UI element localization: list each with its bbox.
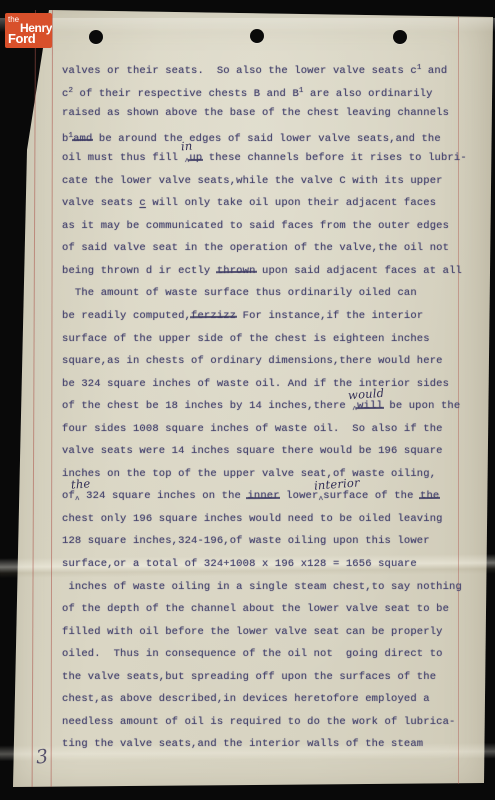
typed-text: four sides 1008 square inches of waste o… bbox=[62, 423, 443, 435]
typed-line: c2 of their respective chests B and B1 a… bbox=[62, 80, 472, 103]
typed-text: of said valve seat in the operation of t… bbox=[62, 242, 449, 254]
typed-line: four sides 1008 square inches of waste o… bbox=[62, 418, 472, 441]
typed-line: valve seats c will only take oil upon th… bbox=[62, 192, 472, 215]
typed-line: surface of the upper side of the chest i… bbox=[62, 328, 472, 351]
typed-line: be 324 square inches of waste oil. And i… bbox=[62, 373, 472, 396]
typed-text: ting the valve seats,and the interior wa… bbox=[62, 738, 423, 750]
typed-text: the valve seats,but spreading off upon t… bbox=[62, 671, 436, 683]
typed-line: The amount of waste surface thus ordinar… bbox=[62, 282, 472, 305]
struck-out-text: inner bbox=[247, 490, 279, 502]
handwritten-insertion: ^interior bbox=[318, 485, 323, 513]
typed-line: 128 square inches,324-196,of waste oilin… bbox=[62, 530, 472, 553]
typed-text: of the chest be 18 inches by 14 inches,t… bbox=[62, 400, 352, 412]
typed-text: being thrown d ir ectly bbox=[62, 265, 217, 277]
typed-line: cate the lower valve seats,while the val… bbox=[62, 170, 472, 193]
handwritten-insertion: ^the bbox=[75, 485, 80, 513]
typed-text: be around the edges of said lower valve … bbox=[92, 133, 440, 145]
typed-text: surface,or a total of 324+1008 x 196 x12… bbox=[62, 558, 417, 570]
typed-text: inches on the top of the upper valve sea… bbox=[62, 468, 436, 480]
typed-line: inches on the top of the upper valve sea… bbox=[62, 463, 472, 486]
typed-text: cate the lower valve seats,while the val… bbox=[62, 175, 443, 187]
typed-line: as it may be communicated to said faces … bbox=[62, 215, 472, 238]
typed-line: oiled. Thus in consequence of the oil no… bbox=[62, 643, 472, 666]
insertion-caret-mark: ^ bbox=[75, 496, 80, 505]
typed-text: be upon the bbox=[383, 400, 460, 412]
typed-line: the valve seats,but spreading off upon t… bbox=[62, 666, 472, 689]
struck-out-text: amd bbox=[73, 133, 92, 145]
typed-line: of said valve seat in the operation of t… bbox=[62, 237, 472, 260]
typed-text: For instance,if the interior bbox=[236, 310, 423, 322]
punch-hole bbox=[250, 29, 264, 43]
typed-line: chest,as above described,in devices here… bbox=[62, 688, 472, 711]
struck-out-text: ferzizz bbox=[191, 310, 236, 322]
page-number-handwritten: 3 bbox=[35, 745, 49, 768]
typed-line: of^the 324 square inches on the inner lo… bbox=[62, 485, 472, 508]
typed-line: square,as in chests of ordinary dimensio… bbox=[62, 350, 472, 373]
struck-out-text: thrown bbox=[217, 265, 256, 277]
typed-text: be 324 square inches of waste oil. And i… bbox=[62, 378, 449, 390]
handwritten-word: would bbox=[348, 382, 386, 407]
typed-text: filled with oil before the lower valve s… bbox=[62, 626, 443, 638]
typed-text: 128 square inches,324-196,of waste oilin… bbox=[62, 535, 430, 547]
punch-hole bbox=[393, 30, 407, 44]
scan-background: valves or their seats. So also the lower… bbox=[0, 0, 495, 800]
typed-text: oil must thus fill bbox=[62, 152, 185, 164]
typed-text: are also ordinarily bbox=[304, 88, 433, 100]
typed-text: upon said adjacent faces at all bbox=[256, 265, 462, 277]
typed-text: lower bbox=[280, 490, 319, 502]
typed-text: 324 square inches on the bbox=[80, 490, 248, 502]
handwritten-word: the bbox=[70, 473, 91, 497]
typed-text: valve seats were 14 inches square there … bbox=[62, 445, 443, 457]
typed-line: oil must thus fill ^upin these channels … bbox=[62, 147, 472, 170]
typed-text: these channels before it rises to lubri- bbox=[202, 152, 467, 164]
typed-line: inches of waste oiling in a single steam… bbox=[62, 576, 472, 599]
punch-hole bbox=[89, 30, 103, 44]
typed-line: filled with oil before the lower valve s… bbox=[62, 621, 472, 644]
typed-line: valves or their seats. So also the lower… bbox=[62, 57, 472, 80]
typed-text: inches of waste oiling in a single steam… bbox=[62, 581, 462, 593]
typed-line: valve seats were 14 inches square there … bbox=[62, 440, 472, 463]
typed-text: be readily computed, bbox=[62, 310, 191, 322]
typed-line: be readily computed,ferzizz For instance… bbox=[62, 305, 472, 328]
typed-text: needless amount of oil is required to do… bbox=[62, 716, 456, 728]
typed-line: raised as shown above the base of the ch… bbox=[62, 102, 472, 125]
handwritten-word: in bbox=[180, 135, 193, 158]
typed-line: b1amd be around the edges of said lower … bbox=[62, 125, 472, 148]
typed-line: surface,or a total of 324+1008 x 196 x12… bbox=[62, 553, 472, 576]
typed-line: of the chest be 18 inches by 14 inches,t… bbox=[62, 395, 472, 418]
henry-ford-logo: the Henry Ford bbox=[5, 13, 52, 48]
typed-line: being thrown d ir ectly thrown upon said… bbox=[62, 260, 472, 283]
typed-text: valve seats bbox=[62, 197, 139, 209]
insertion-caret-mark: ^ bbox=[318, 496, 323, 505]
typed-text: of the depth of the channel about the lo… bbox=[62, 603, 449, 615]
typed-text: valves or their seats. So also the lower… bbox=[62, 65, 417, 77]
typed-text: raised as shown above the base of the ch… bbox=[62, 107, 449, 119]
typed-text: as it may be communicated to said faces … bbox=[62, 220, 449, 232]
typed-text: surface of the upper side of the chest i… bbox=[62, 333, 430, 345]
typed-line: needless amount of oil is required to do… bbox=[62, 711, 472, 734]
typed-text: The amount of waste surface thus ordinar… bbox=[62, 287, 417, 299]
typed-line: of the depth of the channel about the lo… bbox=[62, 598, 472, 621]
struck-out-text: the bbox=[420, 490, 439, 502]
typed-text: oiled. Thus in consequence of the oil no… bbox=[62, 648, 443, 660]
typed-text: of their respective chests B and B bbox=[73, 88, 299, 100]
typed-text: square,as in chests of ordinary dimensio… bbox=[62, 355, 443, 367]
typed-text: chest only 196 square inches would need … bbox=[62, 513, 443, 525]
typed-line: ting the valve seats,and the interior wa… bbox=[62, 733, 472, 756]
handwritten-word: interior bbox=[314, 472, 361, 498]
typed-text-block: valves or their seats. So also the lower… bbox=[62, 57, 472, 756]
typed-line: chest only 196 square inches would need … bbox=[62, 508, 472, 531]
handwritten-insertion: ^upin bbox=[185, 147, 203, 175]
typed-text: and bbox=[421, 65, 447, 77]
handwritten-insertion: ^willwould bbox=[352, 395, 383, 423]
typed-text: will only take oil upon their adjacent f… bbox=[146, 197, 436, 209]
typed-text: chest,as above described,in devices here… bbox=[62, 693, 430, 705]
